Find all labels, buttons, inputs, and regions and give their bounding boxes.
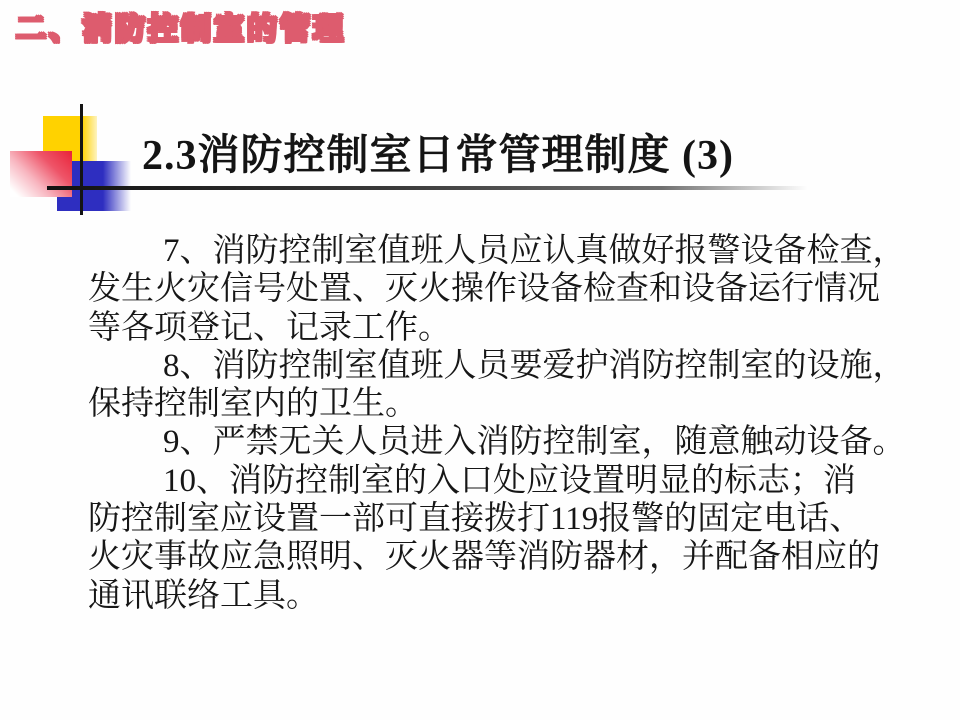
body-line: 防控制室应设置一部可直接拨打119报警的固定电话、	[88, 500, 918, 538]
title-underline	[47, 186, 815, 190]
slide: 二、消防控制室的管理 2.3消防控制室日常管理制度 (3) 7、消防控制室值班人…	[0, 0, 960, 720]
body-line: 7、消防控制室值班人员应认真做好报警设备检查，	[88, 232, 918, 270]
deco-vertical-line	[80, 104, 83, 215]
slide-title: 2.3消防控制室日常管理制度 (3)	[142, 132, 734, 180]
deco-red-square	[10, 151, 72, 197]
slide-body: 7、消防控制室值班人员应认真做好报警设备检查， 发生火灾信号处置、灭火操作设备检…	[88, 232, 918, 615]
body-line: 等各项登记、记录工作。	[88, 309, 918, 347]
body-line: 火灾事故应急照明、灭火器等消防器材，并配备相应的	[88, 538, 918, 576]
body-line: 9、严禁无关人员进入消防控制室，随意触动设备。	[88, 423, 918, 461]
body-line: 通讯联络工具。	[88, 577, 918, 615]
body-line: 保持控制室内的卫生。	[88, 385, 918, 423]
body-line: 10、消防控制室的入口处应设置明显的标志；消	[88, 462, 918, 500]
section-header: 二、消防控制室的管理	[16, 4, 346, 48]
body-line: 发生火灾信号处置、灭火操作设备检查和设备运行情况	[88, 270, 918, 308]
body-line: 8、消防控制室值班人员要爱护消防控制室的设施，	[88, 347, 918, 385]
